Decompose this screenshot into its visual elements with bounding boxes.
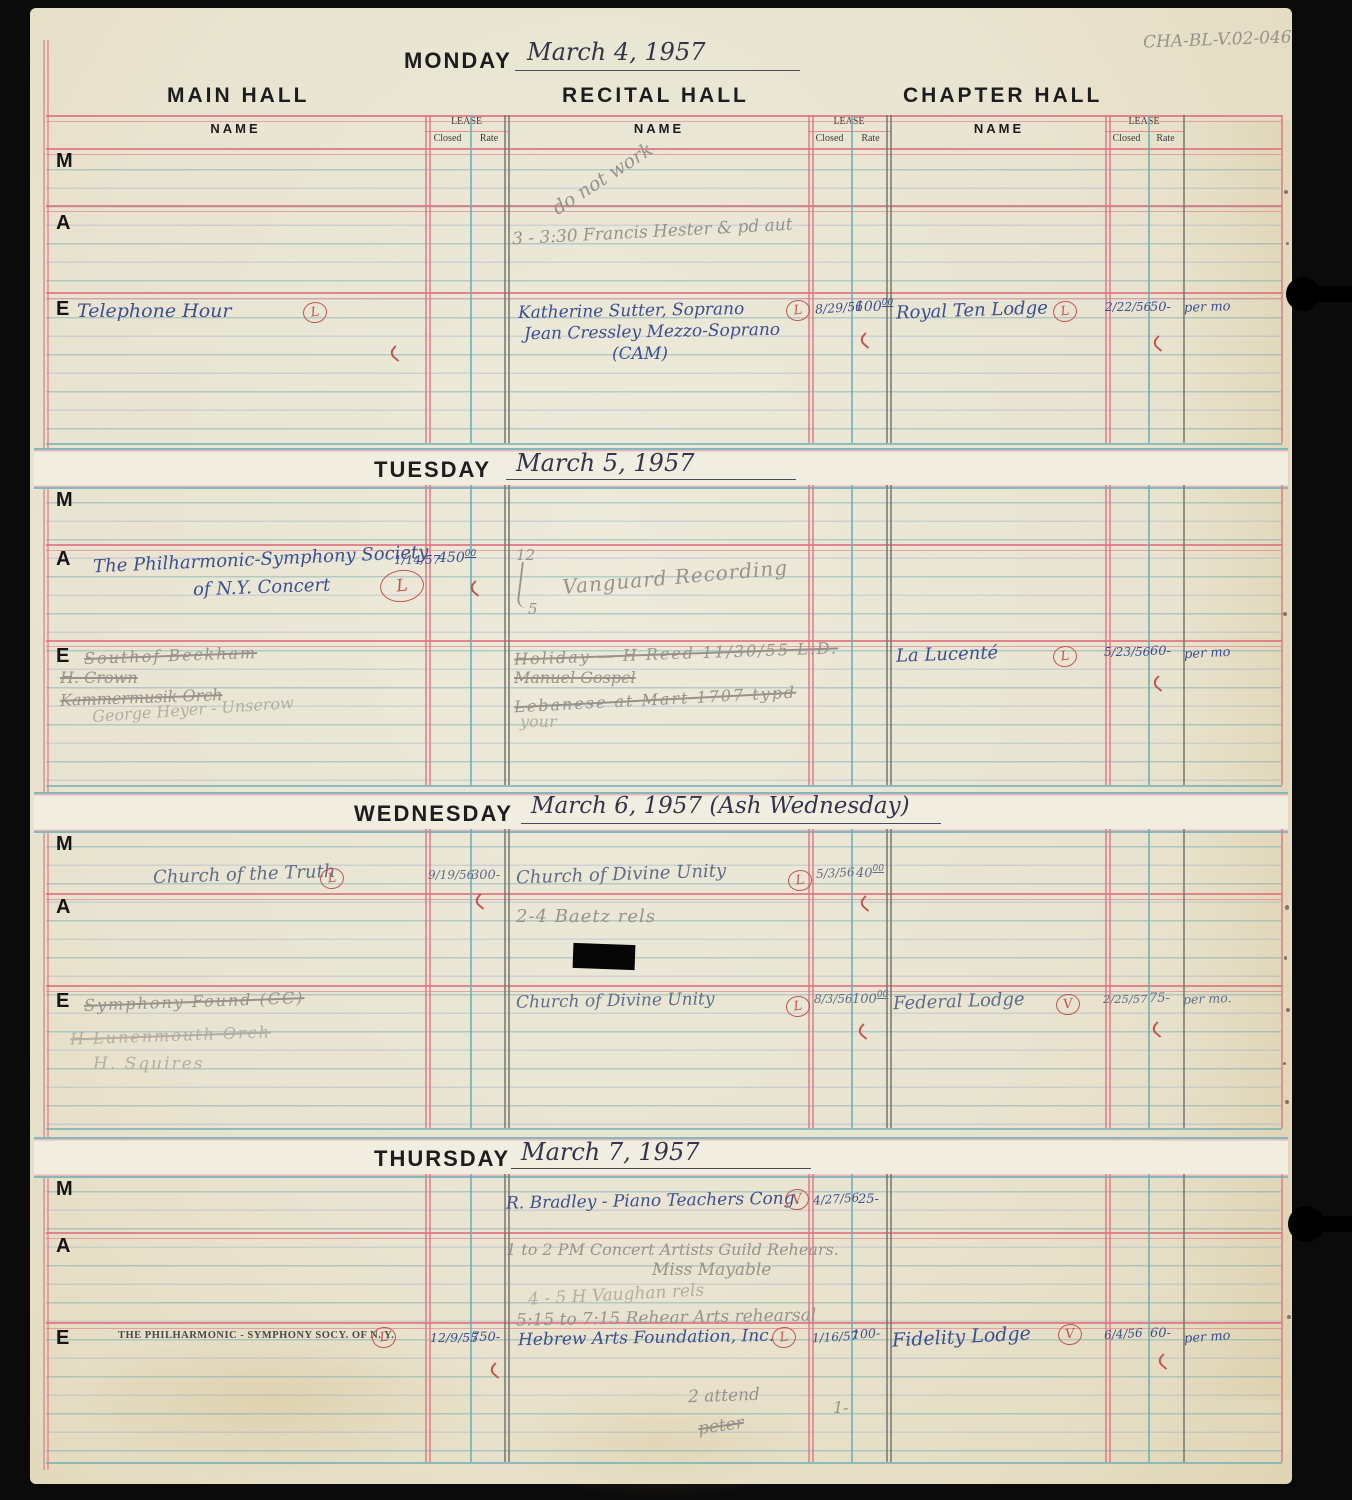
- hall-divider: [504, 115, 506, 443]
- paper-speck: [1285, 905, 1289, 910]
- col-rule: [470, 1174, 472, 1462]
- rate-value: 100: [855, 299, 882, 315]
- col-rule: [1109, 485, 1111, 785]
- col-rule: [425, 115, 427, 443]
- lease-rate: 45000: [438, 549, 476, 566]
- day-label-monday: MONDAY: [404, 48, 512, 74]
- date-thursday: March 7, 1957: [521, 1138, 700, 1166]
- grid-tuesday: [46, 485, 1282, 787]
- col-rule: [425, 485, 427, 785]
- red-rule: [46, 292, 1282, 299]
- date-underline: [511, 1168, 811, 1169]
- lease-closed: 5/23/56: [1104, 645, 1150, 659]
- col-rule: [851, 1174, 853, 1462]
- hole-punch-notch: [1302, 1216, 1352, 1232]
- entry-recital-a: 2-4 Baetz rels: [516, 906, 656, 927]
- day-label-thursday: THURSDAY: [374, 1146, 510, 1172]
- entry-main-e: Telephone Hour: [77, 300, 231, 322]
- ruled-lines: [46, 485, 1282, 785]
- hall-divider: [890, 1174, 892, 1462]
- col-rule: [1105, 115, 1107, 443]
- red-rule: [46, 205, 1282, 212]
- hall-divider: [1183, 485, 1185, 785]
- paper-speck: [1287, 1315, 1291, 1319]
- red-rule: [46, 115, 1282, 122]
- row-label-a: A: [56, 1235, 70, 1258]
- entry-recital-e: Church of Divine Unity: [516, 989, 715, 1012]
- hall-divider: [886, 115, 888, 443]
- col-rule: [1281, 485, 1283, 785]
- rate-value: 450: [438, 550, 465, 566]
- date-underline: [515, 70, 800, 71]
- row-label-a: A: [56, 212, 70, 235]
- col-rule: [851, 485, 853, 785]
- col-rule: [1109, 829, 1111, 1128]
- col-rule: [812, 485, 814, 785]
- entry-recital-e-note1: 2 attend: [688, 1385, 761, 1407]
- rate-value: 100: [852, 992, 877, 1007]
- col-rule: [1105, 485, 1107, 785]
- entry-main-e-stamp: THE PHILHARMONIC - SYMPHONY SOCY. OF N. …: [118, 1330, 394, 1341]
- col-rule: [1105, 1174, 1107, 1462]
- col-rule: [812, 829, 814, 1128]
- hall-divider: [508, 829, 510, 1128]
- date-tuesday: March 5, 1957: [516, 449, 695, 477]
- hall-divider: [508, 1174, 510, 1462]
- entry-recital-e-note3: 1-: [833, 1398, 849, 1417]
- rate-cents: 00: [882, 298, 893, 308]
- day-band-tuesday: TUESDAY March 5, 1957: [34, 448, 1288, 489]
- col-rule: [1105, 829, 1107, 1128]
- day-label-tuesday: TUESDAY: [374, 457, 491, 483]
- entry-recital-a1: 1 to 2 PM Concert Artists Guild Rehears.: [506, 1240, 839, 1259]
- lease-midrule: [1105, 131, 1183, 132]
- hall-divider: [890, 829, 892, 1128]
- col-rule: [1148, 115, 1150, 443]
- day-band-thursday: THURSDAY March 7, 1957: [34, 1137, 1288, 1178]
- row-label-m: M: [56, 833, 73, 856]
- row-label-e: E: [56, 645, 69, 668]
- day-label-wednesday: WEDNESDAY: [354, 801, 513, 827]
- col-rule: [808, 485, 810, 785]
- rate-cents: 00: [465, 549, 476, 559]
- col-rule: [429, 1174, 431, 1462]
- lease-note: per mo: [1184, 645, 1231, 662]
- hall-divider: [504, 829, 506, 1128]
- hall-divider: [886, 829, 888, 1128]
- entry-chapter-e: La Lucenté: [896, 642, 999, 667]
- entry-recital-a2: Miss Mayable: [652, 1260, 771, 1280]
- red-rule: [46, 893, 1282, 900]
- col-rule: [1148, 485, 1150, 785]
- hall-divider: [508, 115, 510, 443]
- entry-recital-e-struck2: Manuel Gospel: [514, 668, 636, 687]
- lease-rate: 300-: [471, 868, 500, 883]
- col-rule: [470, 485, 472, 785]
- col-rule: [1281, 1174, 1283, 1462]
- lease-rate: 60-: [1150, 1326, 1171, 1341]
- scanned-ledger-page: CHA-BL-V.02-046 MONDAY March 4, 1957 MAI…: [0, 0, 1352, 1500]
- col-rule: [425, 1174, 427, 1462]
- hall-title-recital: RECITAL HALL: [562, 84, 749, 108]
- hall-divider: [504, 1174, 506, 1462]
- col-rule: [470, 115, 472, 443]
- entry-main-e-line3: H. Squires: [93, 1054, 204, 1074]
- paper-speck: [1284, 956, 1287, 960]
- hall-divider: [1183, 1174, 1185, 1462]
- col-rule: [812, 115, 814, 443]
- col-rule: [1281, 829, 1283, 1128]
- lease-rate: 25-: [858, 1192, 879, 1207]
- hall-divider: [886, 485, 888, 785]
- hole-punch-notch: [1300, 286, 1352, 302]
- lease-closed: 9/19/56: [428, 868, 474, 882]
- col-rule: [808, 115, 810, 443]
- date-underline: [506, 479, 796, 480]
- hall-title-main: MAIN HALL: [167, 84, 309, 108]
- lease-closed: 6/4/56: [1104, 1326, 1144, 1343]
- hall-divider: [1183, 829, 1185, 1128]
- row-label-m: M: [56, 489, 73, 512]
- hall-divider: [890, 485, 892, 785]
- paper-speck: [1286, 1008, 1290, 1012]
- lease-rate: 60-: [1150, 644, 1171, 659]
- lease-closed: 2/25/57: [1103, 992, 1147, 1006]
- row-label-a: A: [56, 548, 70, 571]
- day-band-wednesday: WEDNESDAY March 6, 1957 (Ash Wednesday): [34, 792, 1288, 833]
- date-underline: [521, 823, 941, 824]
- rate-value: 40: [856, 866, 873, 881]
- lease-rate: 50-: [1150, 300, 1171, 315]
- col-rule: [1109, 115, 1111, 443]
- lease-closed: 1/14/57: [394, 553, 440, 567]
- row-label-m: M: [56, 1178, 73, 1201]
- lease-note: per mo: [1184, 299, 1231, 316]
- lease-rate: 75-: [1149, 991, 1170, 1006]
- paper-speck: [1285, 1100, 1289, 1104]
- hall-divider: [1183, 115, 1185, 443]
- lease-rate: 100-: [852, 1325, 881, 1341]
- col-rule: [1148, 829, 1150, 1128]
- paper-speck: [1283, 1062, 1286, 1065]
- col-rule: [429, 485, 431, 785]
- col-rule: [851, 115, 853, 443]
- col-rule: [1109, 1174, 1111, 1462]
- hall-divider: [508, 485, 510, 785]
- hall-divider: [504, 485, 506, 785]
- date-wednesday: March 6, 1957 (Ash Wednesday): [531, 793, 910, 819]
- lease-rate: 10000: [852, 990, 888, 1007]
- time-bottom: 5: [528, 600, 538, 618]
- lease-closed: 5/3/56: [816, 865, 855, 881]
- entry-recital-e-line1: Katherine Sutter, Soprano: [518, 299, 745, 323]
- hall-title-chapter: CHAPTER HALL: [903, 84, 1102, 108]
- grid-monday: [46, 115, 1282, 445]
- row-label-e: E: [56, 1327, 69, 1350]
- col-rule: [1281, 115, 1283, 443]
- rate-cents: 00: [877, 990, 888, 1000]
- hall-divider: [890, 115, 892, 443]
- paper-speck: [1284, 190, 1288, 194]
- date-monday: March 4, 1957: [527, 38, 706, 66]
- red-rule: [46, 1232, 1282, 1239]
- lease-note: per mo.: [1183, 990, 1232, 1007]
- hall-divider: [886, 1174, 888, 1462]
- col-rule: [429, 115, 431, 443]
- entry-recital-e-line3: (CAM): [612, 344, 668, 364]
- rate-cents: 00: [873, 864, 884, 874]
- col-rule: [425, 829, 427, 1128]
- redaction-box: [573, 943, 636, 970]
- paper-speck: [1286, 242, 1289, 245]
- col-rule: [1148, 1174, 1150, 1462]
- lease-closed: 2/22/56: [1105, 300, 1151, 314]
- lease-midrule: [425, 131, 508, 132]
- lease-rate: 4000: [856, 864, 884, 881]
- red-rule: [46, 148, 1282, 155]
- row-label-e: E: [56, 990, 69, 1013]
- row-label-m: M: [56, 150, 73, 173]
- row-label-a: A: [56, 896, 70, 919]
- paper-speck: [1283, 612, 1287, 616]
- lease-rate: 750-: [471, 1330, 500, 1345]
- lease-midrule: [808, 131, 890, 132]
- entry-recital-e-line4: your: [520, 712, 557, 731]
- margin-rule: [43, 40, 45, 1470]
- row-label-e: E: [56, 298, 69, 321]
- lease-closed: 8/3/56: [814, 992, 853, 1006]
- lease-rate: 10000: [855, 298, 893, 315]
- entry-main-e-struck2: H. Crown: [60, 668, 138, 687]
